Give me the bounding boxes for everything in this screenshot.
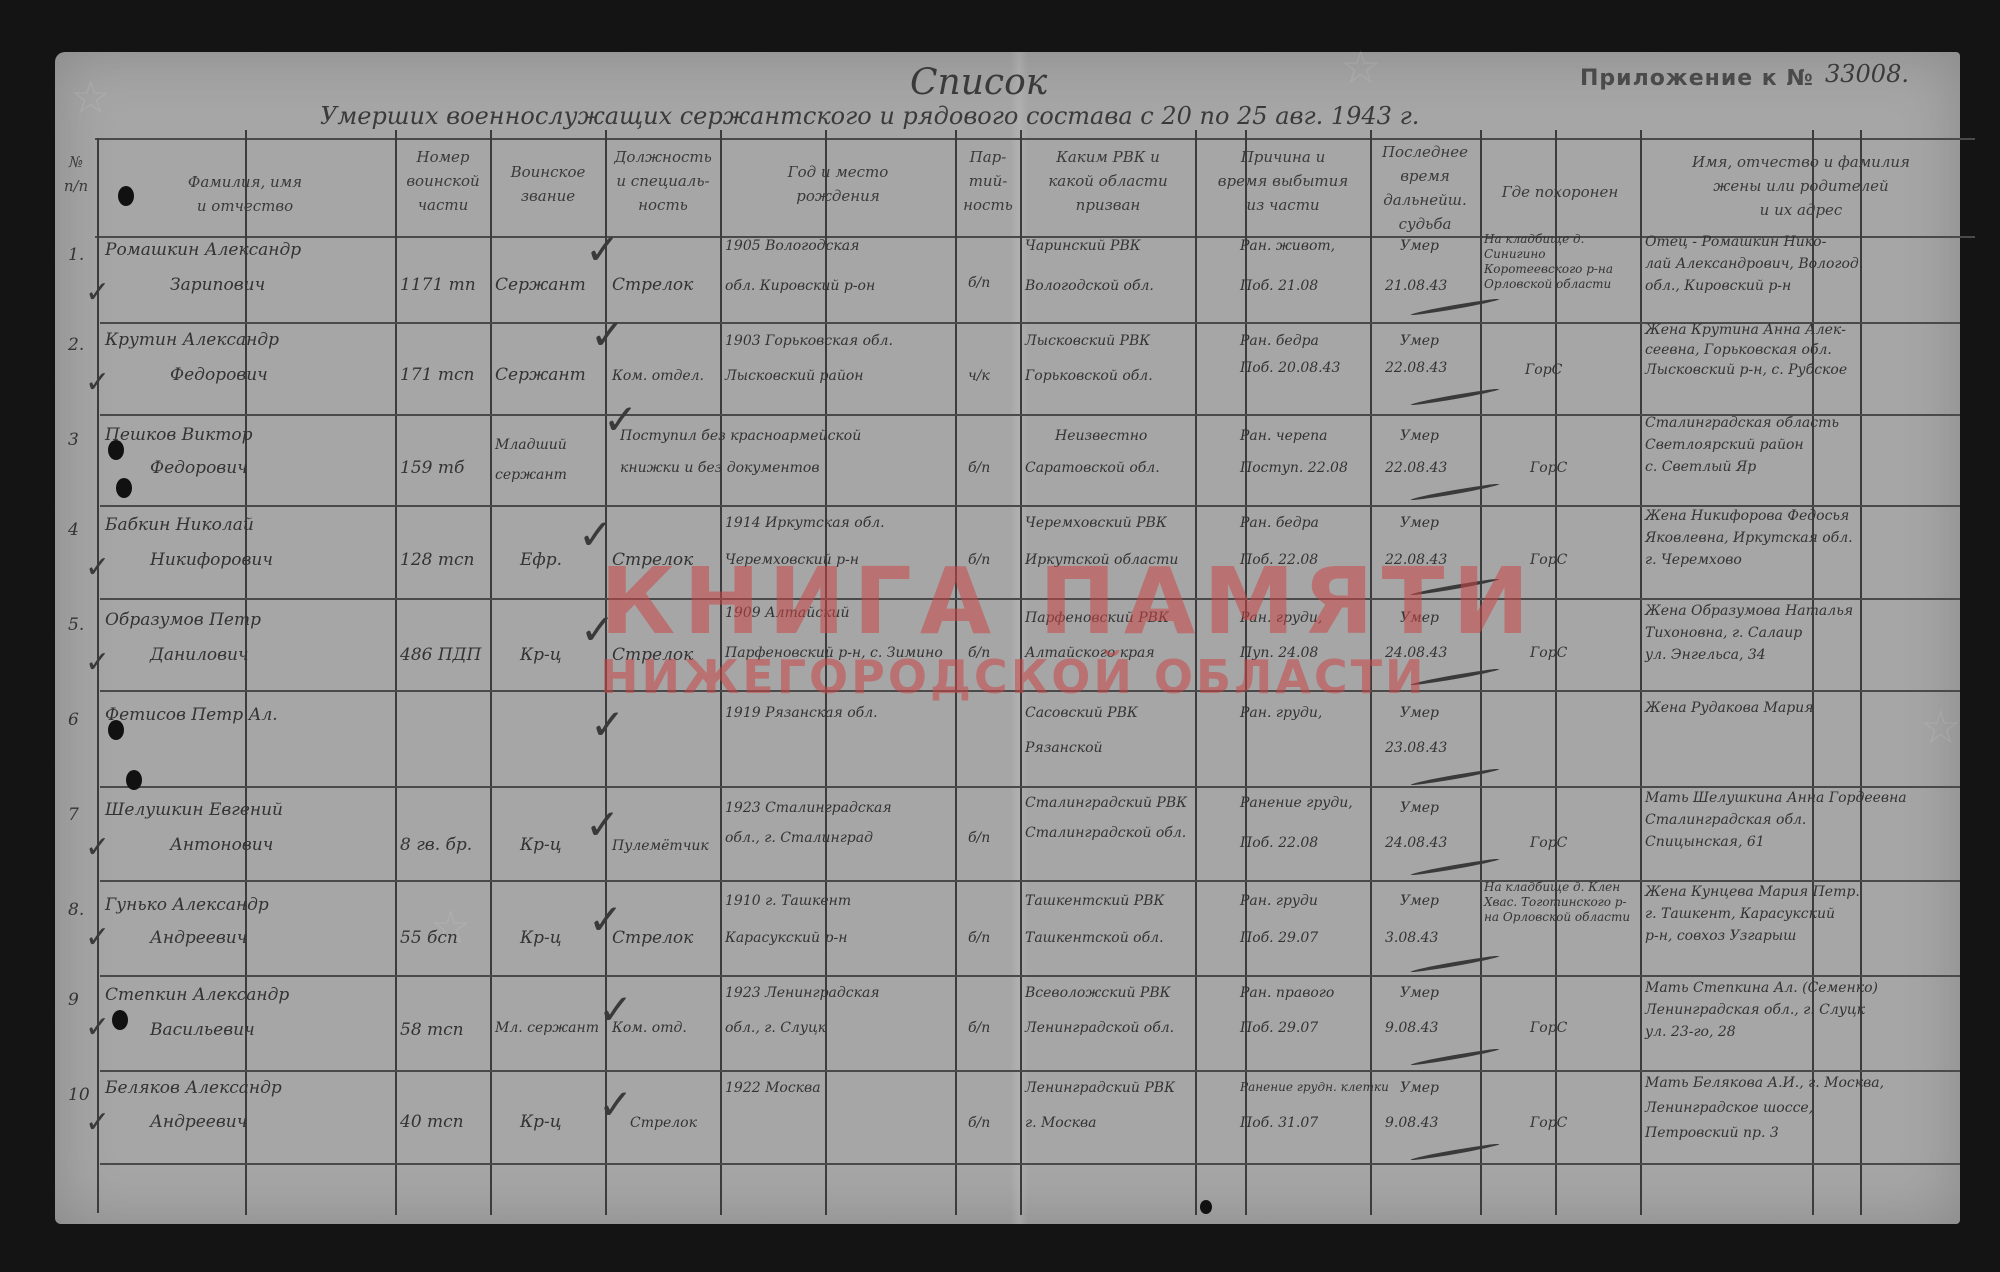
relative-info: Жена Образумова Наталья <box>1645 603 1853 619</box>
checkmark-icon: ✓ <box>598 1080 633 1129</box>
position: Стрелок <box>630 1115 697 1131</box>
burial-place: ГорС <box>1530 1020 1567 1036</box>
checkmark-icon: ✓ <box>85 550 110 585</box>
date: 3.08.43 <box>1385 930 1438 946</box>
birth-info: обл., г. Слуцк <box>725 1020 826 1036</box>
burial-place: ГорС <box>1530 835 1567 851</box>
soldier-name: Степкин Александр <box>105 985 289 1005</box>
row-divider <box>100 1070 1960 1072</box>
date: 24.08.43 <box>1385 835 1447 851</box>
checkmark-icon: ✓ <box>578 510 613 559</box>
checkmark-icon: ✓ <box>85 830 110 865</box>
party: ч/к <box>968 368 990 384</box>
rvk: Черемховский РВК <box>1025 515 1167 531</box>
cause: Ран. бедра <box>1240 333 1319 349</box>
date: 24.08.43 <box>1385 645 1447 661</box>
header-num: № п/п <box>58 150 94 198</box>
relative-info: р-н, совхоз Узгарыш <box>1645 928 1796 944</box>
soldier-name: Беляков Александр <box>105 1078 282 1098</box>
rank: Ефр. <box>520 550 562 570</box>
relative-info: Сталинградская обл. <box>1645 812 1806 828</box>
checkmark-icon: ✓ <box>585 800 620 849</box>
unit: 159 тб <box>400 458 464 478</box>
checkmark-icon: ✓ <box>85 365 110 400</box>
cause: Поб. 22.08 <box>1240 835 1318 851</box>
date: 22.08.43 <box>1385 552 1447 568</box>
row-divider <box>100 598 1960 600</box>
checkmark-icon: ✓ <box>580 605 615 654</box>
soldier-name: Ромашкин Александр <box>105 240 301 260</box>
relative-info: ул. 23-го, 28 <box>1645 1024 1736 1040</box>
relative-info: г. Ташкент, Карасукский <box>1645 906 1835 922</box>
date: 23.08.43 <box>1385 740 1447 756</box>
cause: Поб. 29.07 <box>1240 1020 1318 1036</box>
party: б/п <box>968 645 990 661</box>
cause: Ранение грудн. клетки <box>1240 1080 1389 1094</box>
unit: 55 бсп <box>400 928 458 948</box>
row-number: 9 <box>68 990 79 1010</box>
header-buried: Где похоронен <box>1482 180 1638 204</box>
header-party: Пар- тий- ность <box>957 145 1019 217</box>
cause: Ран. груди, <box>1240 705 1322 721</box>
header-name: Фамилия, имя и отчество <box>100 170 390 218</box>
checkmark-icon: ✓ <box>588 895 623 944</box>
soldier-name: Шелушкин Евгений <box>105 800 283 820</box>
checkmark-icon: ✓ <box>603 395 638 444</box>
rvk: г. Москва <box>1025 1115 1096 1131</box>
column-divider <box>1860 130 1862 1215</box>
unit: 40 тсп <box>400 1112 464 1132</box>
rvk: Ленинградской обл. <box>1025 1020 1174 1036</box>
punch-hole <box>126 770 142 790</box>
party: б/п <box>968 460 990 476</box>
column-divider <box>1812 130 1814 1215</box>
column-divider <box>1370 130 1372 1215</box>
status: Умер <box>1400 1080 1439 1096</box>
cause: Ранение груди, <box>1240 795 1353 811</box>
soldier-name: Бабкин Николай <box>105 515 254 535</box>
birth-info: обл. Кировский р-он <box>725 278 875 294</box>
soldier-patronymic: Антонович <box>170 835 273 855</box>
relative-info: лай Александрович, Вологод. <box>1645 256 1863 272</box>
date: 22.08.43 <box>1385 460 1447 476</box>
checkmark-icon: ✓ <box>585 225 620 274</box>
relative-info: Ленинградская обл., г. Слуцк <box>1645 1002 1865 1018</box>
cause: Ран. бедра <box>1240 515 1319 531</box>
birth-info: Карасукский р-н <box>725 930 847 946</box>
paper-fold <box>1010 52 1028 1224</box>
row-number: 4 <box>68 520 79 540</box>
birth-info: 1919 Рязанская обл. <box>725 705 878 721</box>
birth-info: 1909 Алтайский <box>725 605 849 621</box>
cause: Ран. правого <box>1240 985 1334 1001</box>
relative-info: Ленинградское шоссе, <box>1645 1100 1813 1116</box>
column-divider <box>720 130 722 1215</box>
punch-hole <box>1200 1200 1212 1214</box>
burial-place: ГорС <box>1525 362 1562 378</box>
column-divider <box>1640 130 1642 1215</box>
burial-place: На кладбище д. Клен Хвас. Тоготинского р… <box>1484 880 1634 925</box>
header-rvk: Каким РВК и какой области призван <box>1022 145 1194 217</box>
rvk: Иркутской области <box>1025 552 1178 568</box>
party: б/п <box>968 830 990 846</box>
punch-hole <box>108 720 124 740</box>
position: Стрелок <box>612 645 693 665</box>
birth-info: обл., г. Сталинград <box>725 830 873 846</box>
checkmark-icon: ✓ <box>85 920 110 955</box>
soldier-name: Гунько Александр <box>105 895 269 915</box>
soldier-name: Крутин Александр <box>105 330 279 350</box>
row-divider <box>100 975 1960 977</box>
soldier-name: Фетисов Петр Ал. <box>105 705 278 725</box>
column-divider <box>605 130 607 1215</box>
column-divider <box>1195 130 1197 1215</box>
row-number: 1. <box>68 245 84 265</box>
status: Умер <box>1400 515 1439 531</box>
rvk: Горьковской обл. <box>1025 368 1153 384</box>
rvk: Сасовский РВК <box>1025 705 1138 721</box>
checkmark-icon: ✓ <box>85 1105 110 1140</box>
relative-info: Жена Крутина Анна Алек- <box>1645 322 1846 338</box>
rvk: Алтайского края <box>1025 645 1155 661</box>
party: б/п <box>968 930 990 946</box>
rank: Кр-ц <box>520 928 562 948</box>
row-number: 7 <box>68 805 79 825</box>
document-subtitle: Умерших военнослужащих сержантского и ря… <box>320 102 1419 130</box>
relative-info: с. Светлый Яр <box>1645 459 1756 475</box>
birth-info: книжки и без документов <box>620 460 819 476</box>
birth-info: Поступил без красноармейской <box>620 428 861 444</box>
header-fate: Последнее время дальнейш. судьба <box>1372 140 1478 236</box>
column-divider <box>955 130 957 1215</box>
date: 9.08.43 <box>1385 1115 1438 1131</box>
birth-info: 1910 г. Ташкент <box>725 893 851 909</box>
rule <box>95 138 1975 140</box>
header-unit: Номер воинской части <box>397 145 489 217</box>
rvk: Вологодской обл. <box>1025 278 1154 294</box>
punch-hole <box>116 478 132 498</box>
rvk: Сталинградский РВК <box>1025 795 1187 811</box>
soldier-name: Образумов Петр <box>105 610 261 630</box>
relative-info: Лысковский р-н, с. Рубское <box>1645 362 1847 378</box>
column-divider <box>490 130 492 1215</box>
row-divider <box>100 880 1960 882</box>
cause: Поб. 31.07 <box>1240 1115 1318 1131</box>
soldier-patronymic: Васильевич <box>150 1020 255 1040</box>
header-relatives: Имя, отчество и фамилия жены или родител… <box>1642 150 1960 222</box>
cause: Ран. груди, <box>1240 610 1322 626</box>
birth-info: Парфеновский р-н, с. Зимино <box>725 645 943 661</box>
date: 21.08.43 <box>1385 278 1447 294</box>
rvk: Чаринский РВК <box>1025 238 1141 254</box>
relative-info: Петровский пр. 3 <box>1645 1125 1779 1141</box>
burial-place: На кладбище д. Синигино Коротеевского р-… <box>1484 232 1634 292</box>
status: Умер <box>1400 985 1439 1001</box>
position: Стрелок <box>612 928 693 948</box>
rvk: Сталинградской обл. <box>1025 825 1186 841</box>
punch-hole <box>112 1010 128 1030</box>
cause: Поступ. 22.08 <box>1240 460 1348 476</box>
cause: Поб. 21.08 <box>1240 278 1318 294</box>
rvk: Рязанской <box>1025 740 1103 756</box>
relative-info: Тихоновна, г. Салаир <box>1645 625 1802 641</box>
cause: Ран. груди <box>1240 893 1318 909</box>
burial-place: ГорС <box>1530 1115 1567 1131</box>
unit: 58 тсп <box>400 1020 464 1040</box>
rvk: Всеволожский РВК <box>1025 985 1170 1001</box>
relative-info: Мать Белякова А.И., г. Москва, <box>1645 1075 1884 1091</box>
relative-info: обл., Кировский р-н <box>1645 278 1791 294</box>
relative-info: Светлоярский район <box>1645 437 1804 453</box>
rvk: Неизвестно <box>1055 428 1147 444</box>
soldier-patronymic: Федорович <box>170 365 268 385</box>
status: Умер <box>1400 610 1439 626</box>
punch-hole <box>108 440 124 460</box>
column-divider <box>1555 130 1557 1215</box>
unit: 1171 тп <box>400 275 476 295</box>
burial-place: ГорС <box>1530 460 1567 476</box>
relative-info: Жена Кунцева Мария Петр. <box>1645 884 1860 900</box>
birth-info: Лысковский район <box>725 368 864 384</box>
position: Ком. отдел. <box>612 368 704 384</box>
birth-info: Черемховский р-н <box>725 552 859 568</box>
column-divider <box>1020 130 1022 1215</box>
soldier-patronymic: Данилович <box>150 645 249 665</box>
rank: Сержант <box>495 365 586 385</box>
soldier-patronymic: Федорович <box>150 458 248 478</box>
cause: Поб. 20.08.43 <box>1240 360 1340 376</box>
unit: 171 тсп <box>400 365 474 385</box>
soldier-patronymic: Зарипович <box>170 275 265 295</box>
relative-info: Спицынская, 61 <box>1645 834 1765 850</box>
soldier-patronymic: Андреевич <box>150 1112 247 1132</box>
position: Стрелок <box>612 550 693 570</box>
status: Умер <box>1400 705 1439 721</box>
birth-info: 1923 Сталинградская <box>725 800 892 816</box>
checkmark-icon: ✓ <box>590 310 625 359</box>
row-divider <box>100 690 1960 692</box>
appendix-number: 33008. <box>1825 60 1909 88</box>
row-number: 3 <box>68 430 79 450</box>
document-title: Список <box>910 62 1047 103</box>
cause: Пуп. 24.08 <box>1240 645 1318 661</box>
checkmark-icon: ✓ <box>590 700 625 749</box>
party: б/п <box>968 1020 990 1036</box>
burial-place: ГорС <box>1530 645 1567 661</box>
relative-info: Жена Никифорова Федосья <box>1645 508 1849 524</box>
status: Умер <box>1400 800 1439 816</box>
row-number: 6 <box>68 710 79 730</box>
relative-info: ул. Энгельса, 34 <box>1645 647 1766 663</box>
cause: Поб. 22.08 <box>1240 552 1318 568</box>
column-divider <box>395 130 397 1215</box>
status: Умер <box>1400 238 1439 254</box>
watermark-star-icon: ☆ <box>70 70 111 124</box>
watermark-star-icon: ☆ <box>1920 700 1961 754</box>
row-divider <box>100 505 1960 507</box>
date: 9.08.43 <box>1385 1020 1438 1036</box>
position: Пулемётчик <box>612 838 709 854</box>
unit: 486 ПДП <box>400 645 481 665</box>
header-rank: Воинское звание <box>492 160 604 208</box>
rvk: Ленинградский РВК <box>1025 1080 1175 1096</box>
rank: Сержант <box>495 275 586 295</box>
party: б/п <box>968 552 990 568</box>
birth-info: 1903 Горьковская обл. <box>725 333 893 349</box>
row-divider <box>100 1163 1960 1165</box>
status: Умер <box>1400 428 1439 444</box>
row-number: 5. <box>68 615 84 635</box>
checkmark-icon: ✓ <box>85 1010 110 1045</box>
relative-info: Жена Рудакова Мария <box>1645 700 1813 716</box>
soldier-patronymic: Никифорович <box>150 550 273 570</box>
cause: Ран. черепа <box>1240 428 1328 444</box>
appendix-label: Приложение к № <box>1580 66 1814 91</box>
relative-info: Отец - Ромашкин Нико- <box>1645 234 1826 250</box>
relative-info: Мать Шелушкина Анна Гордеевна <box>1645 790 1907 806</box>
party: б/п <box>968 275 990 291</box>
soldier-name: Пешков Виктор <box>105 425 253 445</box>
position: Стрелок <box>612 275 693 295</box>
rvk: Ташкентский РВК <box>1025 893 1164 909</box>
rank: Мл. сержант <box>495 1020 599 1036</box>
rvk: Ташкентской обл. <box>1025 930 1164 946</box>
checkmark-icon: ✓ <box>85 275 110 310</box>
relative-info: г. Черемхово <box>1645 552 1742 568</box>
relative-info: Яковлевна, Иркутская обл. <box>1645 530 1853 546</box>
rank: Кр-ц <box>520 835 562 855</box>
punch-hole <box>118 186 134 206</box>
burial-place: ГорС <box>1530 552 1567 568</box>
birth-info: 1923 Ленинградская <box>725 985 880 1001</box>
status: Умер <box>1400 893 1439 909</box>
status: Умер <box>1400 333 1439 349</box>
date: 22.08.43 <box>1385 360 1447 376</box>
unit: 128 тсп <box>400 550 474 570</box>
unit: 8 гв. бр. <box>400 835 472 855</box>
watermark-star-icon: ☆ <box>1340 40 1381 94</box>
party: б/п <box>968 1115 990 1131</box>
cause: Ран. живот, <box>1240 238 1335 254</box>
checkmark-icon: ✓ <box>85 645 110 680</box>
header-birth: Год и место рождения <box>722 160 954 208</box>
relative-info: Сталинградская область <box>1645 415 1839 431</box>
checkmark-icon: ✓ <box>598 985 633 1034</box>
soldier-patronymic: Андреевич <box>150 928 247 948</box>
header-cause: Причина и время выбытия из части <box>1197 145 1369 217</box>
relative-info: Мать Степкина Ал. (Семенко) <box>1645 980 1878 996</box>
relative-info: сеевна, Горьковская обл. <box>1645 342 1832 358</box>
rank: Кр-ц <box>520 645 562 665</box>
birth-info: 1905 Вологодская <box>725 238 859 254</box>
row-number: 8. <box>68 900 84 920</box>
rvk: Саратовской обл. <box>1025 460 1160 476</box>
row-divider <box>100 786 1960 788</box>
rvk: Парфеновский РВК <box>1025 610 1169 626</box>
row-number: 2. <box>68 335 84 355</box>
cause: Поб. 29.07 <box>1240 930 1318 946</box>
rank: Кр-ц <box>520 1112 562 1132</box>
birth-info: 1922 Москва <box>725 1080 821 1096</box>
rank: Младший сержант <box>495 430 605 490</box>
row-number: 10 <box>68 1085 90 1105</box>
birth-info: 1914 Иркутская обл. <box>725 515 885 531</box>
rvk: Лысковский РВК <box>1025 333 1150 349</box>
header-position: Должность и специаль- ность <box>607 145 719 217</box>
